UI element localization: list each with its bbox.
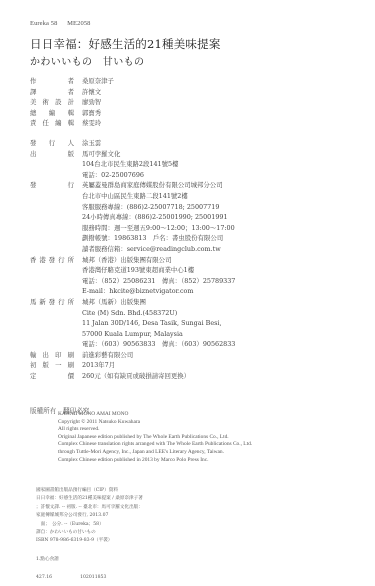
distributor-service-line: 客服服務專線：(886)2-25007718; 25007719 bbox=[30, 202, 235, 213]
copyright-line: through Tuttle-Mori Agency, Inc., Japan … bbox=[58, 449, 252, 457]
first-edition-label: 初版一刷 bbox=[30, 360, 82, 371]
hong-kong-address: 香港灣仔駱克道193號東超商業中心1樓 bbox=[30, 265, 235, 276]
cip-record-no: 102011853 bbox=[80, 574, 106, 582]
cip-classification: 427.16 bbox=[36, 574, 52, 582]
printer-row: 輸出印刷 前進彩藝有限公司 bbox=[30, 350, 235, 361]
malaysia-address-2: 57000 Kuala Lumpur, Malaysia bbox=[30, 329, 235, 340]
distributor-email: 讀者服務信箱：service@readingclub.com.tw bbox=[30, 244, 235, 255]
credit-label: 譯者 bbox=[30, 87, 82, 98]
copyright-line: KAWAII MONO AMAI MONO bbox=[58, 411, 252, 419]
cip-gap bbox=[36, 546, 143, 556]
copyright-page: Eureka 58 ME2058 日日幸福：好感生活的21種美味提案 かわいいも… bbox=[0, 0, 375, 586]
credit-row: 總編輯 郭寶秀 bbox=[30, 108, 114, 119]
cip-line: ；許懷文譯. -- 初版. -- 臺北市：馬可孛羅文化出版： bbox=[36, 504, 143, 512]
malaysia-company: Cite (M) Sdn. Bhd.(458372U) bbox=[30, 308, 235, 319]
publisher-label: 出版 bbox=[30, 149, 82, 160]
hong-kong-row: 香港發行所 城邦（香港）出版集團有限公司 bbox=[30, 255, 235, 266]
copyright-block: KAWAII MONO AMAI MONO Copyright © 2011 N… bbox=[58, 411, 252, 464]
credit-value: 郭寶秀 bbox=[82, 108, 101, 119]
credit-row: 作者 桑原奈津子 bbox=[30, 76, 114, 87]
publisher-person-label: 發行人 bbox=[30, 138, 82, 149]
copyright-line: Copyright © 2011 Natsuko Kuwahara bbox=[58, 419, 252, 427]
credit-label: 作者 bbox=[30, 76, 82, 87]
publisher-person-value: 涂玉雲 bbox=[82, 138, 101, 149]
credit-label: 美術設計 bbox=[30, 97, 82, 108]
distributor-name: 英屬蓋曼群島商家庭傳媒股份有限公司城邦分公司 bbox=[82, 180, 223, 191]
first-edition-row: 初版一刷 2013年7月 bbox=[30, 360, 235, 371]
price-label: 定價 bbox=[30, 371, 82, 382]
credit-value: 廖勁智 bbox=[82, 97, 101, 108]
series-info: Eureka 58 ME2058 bbox=[30, 20, 99, 27]
price-value: 260元（如有缺頁或破損請寄回更換） bbox=[82, 371, 190, 382]
malaysia-address-1: 11 Jalan 30D/146, Desa Tasik, Sungai Bes… bbox=[30, 318, 235, 329]
distributor-hours: 服務時間：週一至週五9:00～12:00；13:00～17:00 bbox=[30, 223, 235, 234]
credit-row: 美術設計 廖勁智 bbox=[30, 97, 114, 108]
copyright-line: Complex Chinese translation rights arran… bbox=[58, 441, 252, 449]
cip-footer: 427.16 102011853 bbox=[36, 574, 143, 582]
credit-value: 桑原奈津子 bbox=[82, 76, 114, 87]
malaysia-label: 馬新發行所 bbox=[30, 297, 82, 308]
book-title-japanese: かわいいもの 甘いもの bbox=[30, 53, 144, 68]
malaysia-row: 馬新發行所 城邦（馬新）出版集團 bbox=[30, 297, 235, 308]
publisher-row: 出版 馬可孛羅文化 bbox=[30, 149, 235, 160]
credit-value: 許懷文 bbox=[82, 87, 101, 98]
hong-kong-phone: 電話：（852）25086231 傳真：（852）25789337 bbox=[30, 276, 235, 287]
book-title-chinese: 日日幸福：好感生活的21種美味提案 bbox=[30, 36, 221, 52]
printer-label: 輸出印刷 bbox=[30, 350, 82, 361]
cip-line: 面； 公分. --（Eureka；58） bbox=[36, 521, 143, 529]
credit-label: 總編輯 bbox=[30, 108, 82, 119]
credit-value: 蔡雯玲 bbox=[82, 118, 101, 129]
cip-heading: 國家圖書館出版品預行編目（CIP）資料 bbox=[36, 487, 143, 495]
malaysia-name: 城邦（馬新）出版集團 bbox=[82, 297, 146, 308]
hong-kong-name: 城邦（香港）出版集團有限公司 bbox=[82, 255, 171, 266]
hong-kong-label: 香港發行所 bbox=[30, 255, 82, 266]
hong-kong-email: E-mail：hkcite@biznetvigator.com bbox=[30, 286, 235, 297]
credit-row: 譯者 許懷文 bbox=[30, 87, 114, 98]
distributor-account: 劃撥帳號：19863813 戶名：書虫股份有限公司 bbox=[30, 233, 235, 244]
publisher-person-row: 發行人 涂玉雲 bbox=[30, 138, 235, 149]
cip-line: ISBN 978-986-6319-83-9（平裝） bbox=[36, 537, 143, 545]
cip-gap bbox=[36, 564, 143, 574]
cip-line: 譯自：かわいいもの甘いもの bbox=[36, 529, 143, 537]
series-line: Eureka 58 bbox=[30, 20, 57, 27]
distributor-label: 發行 bbox=[30, 180, 82, 191]
series-code: ME2058 bbox=[67, 20, 90, 27]
credit-row: 責任編輯 蔡雯玲 bbox=[30, 118, 114, 129]
credit-label: 責任編輯 bbox=[30, 118, 82, 129]
printer-value: 前進彩藝有限公司 bbox=[82, 350, 133, 361]
distributor-row: 發行 英屬蓋曼群島商家庭傳媒股份有限公司城邦分公司 bbox=[30, 180, 235, 191]
copyright-line: Complex Chinese edition published in 201… bbox=[58, 457, 252, 465]
distributor-address: 台北市中山區民生東路二段141號2樓 bbox=[30, 191, 235, 202]
malaysia-phone: 電話：（603）90563833 傳真：（603）90562833 bbox=[30, 339, 235, 350]
cip-line: 家庭傳媒城邦分公司發行, 2013.07 bbox=[36, 512, 143, 520]
publisher-name: 馬可孛羅文化 bbox=[82, 149, 120, 160]
cip-subject: 1.點心食譜 bbox=[36, 556, 143, 564]
credits-list: 作者 桑原奈津子 譯者 許懷文 美術設計 廖勁智 總編輯 郭寶秀 責任編輯 蔡雯… bbox=[30, 76, 114, 129]
distributor-fax-line: 24小時傳真專線：(886)2-25001990; 25001991 bbox=[30, 212, 235, 223]
cip-record: 國家圖書館出版品預行編目（CIP）資料 日日幸福：好感生活的21種美味提案 / … bbox=[36, 487, 143, 583]
cip-line: 日日幸福：好感生活的21種美味提案 / 桑原奈津子著 bbox=[36, 495, 143, 503]
first-edition-value: 2013年7月 bbox=[82, 360, 115, 371]
publisher-address: 104台北市民生東路2段141號5樓 bbox=[30, 159, 235, 170]
copyright-line: All rights reserved. bbox=[58, 426, 252, 434]
publishing-info: 發行人 涂玉雲 出版 馬可孛羅文化 104台北市民生東路2段141號5樓 電話：… bbox=[30, 138, 235, 382]
price-row: 定價 260元（如有缺頁或破損請寄回更換） bbox=[30, 371, 235, 382]
copyright-line: Original Japanese edition published by T… bbox=[58, 434, 252, 442]
publisher-phone: 電話：02-25007696 bbox=[30, 170, 235, 181]
